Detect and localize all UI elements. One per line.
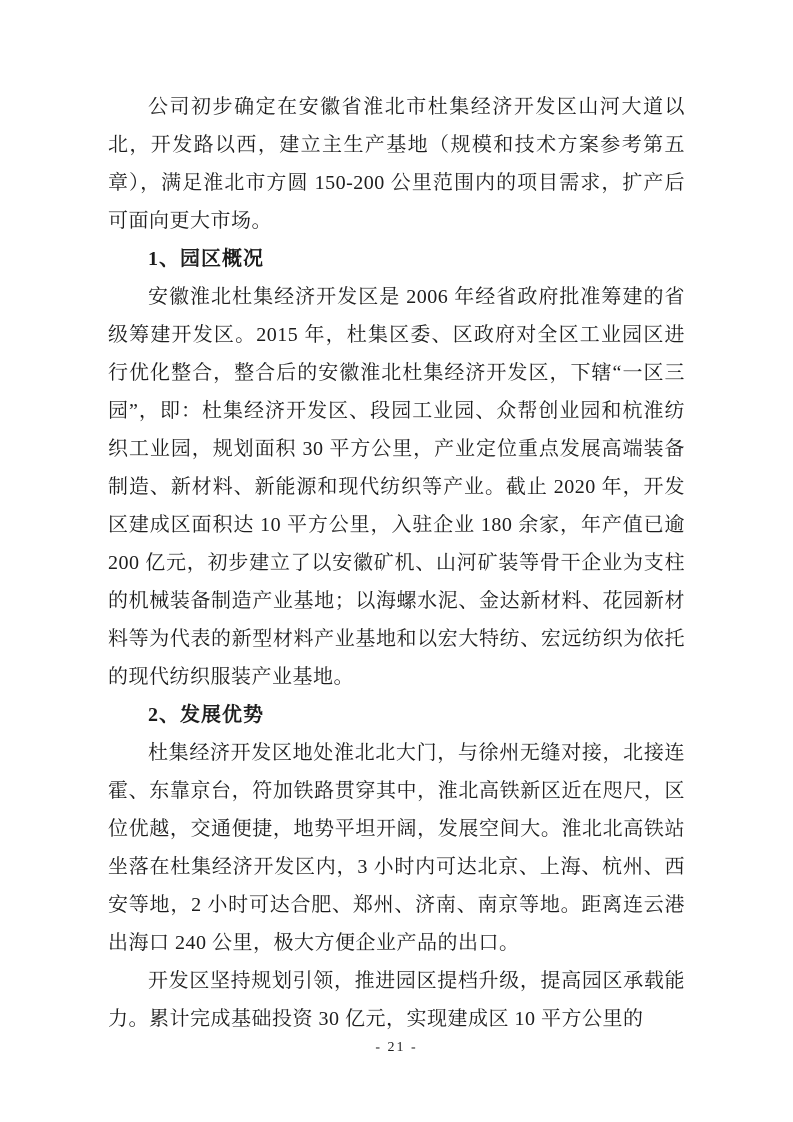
paragraph-infrastructure-investment: 开发区坚持规划引领，推进园区提档升级，提高园区承载能力。累计完成基础投资 30 … [108, 962, 685, 1038]
paragraph-park-overview: 安徽淮北杜集经济开发区是 2006 年经省政府批准筹建的省级筹建开发区。2015… [108, 278, 685, 696]
heading-park-overview: 1、园区概况 [108, 240, 685, 278]
page-body: 公司初步确定在安徽省淮北市杜集经济开发区山河大道以北，开发路以西，建立主生产基地… [108, 88, 685, 1038]
page-number: - 21 - [0, 1040, 793, 1056]
document-page: 公司初步确定在安徽省淮北市杜集经济开发区山河大道以北，开发路以西，建立主生产基地… [0, 0, 793, 1122]
paragraph-transport-advantages: 杜集经济开发区地处淮北北大门，与徐州无缝对接，北接连霍、东靠京台，符加铁路贯穿其… [108, 734, 685, 962]
heading-development-advantages: 2、发展优势 [108, 696, 685, 734]
paragraph-location-plan: 公司初步确定在安徽省淮北市杜集经济开发区山河大道以北，开发路以西，建立主生产基地… [108, 88, 685, 240]
